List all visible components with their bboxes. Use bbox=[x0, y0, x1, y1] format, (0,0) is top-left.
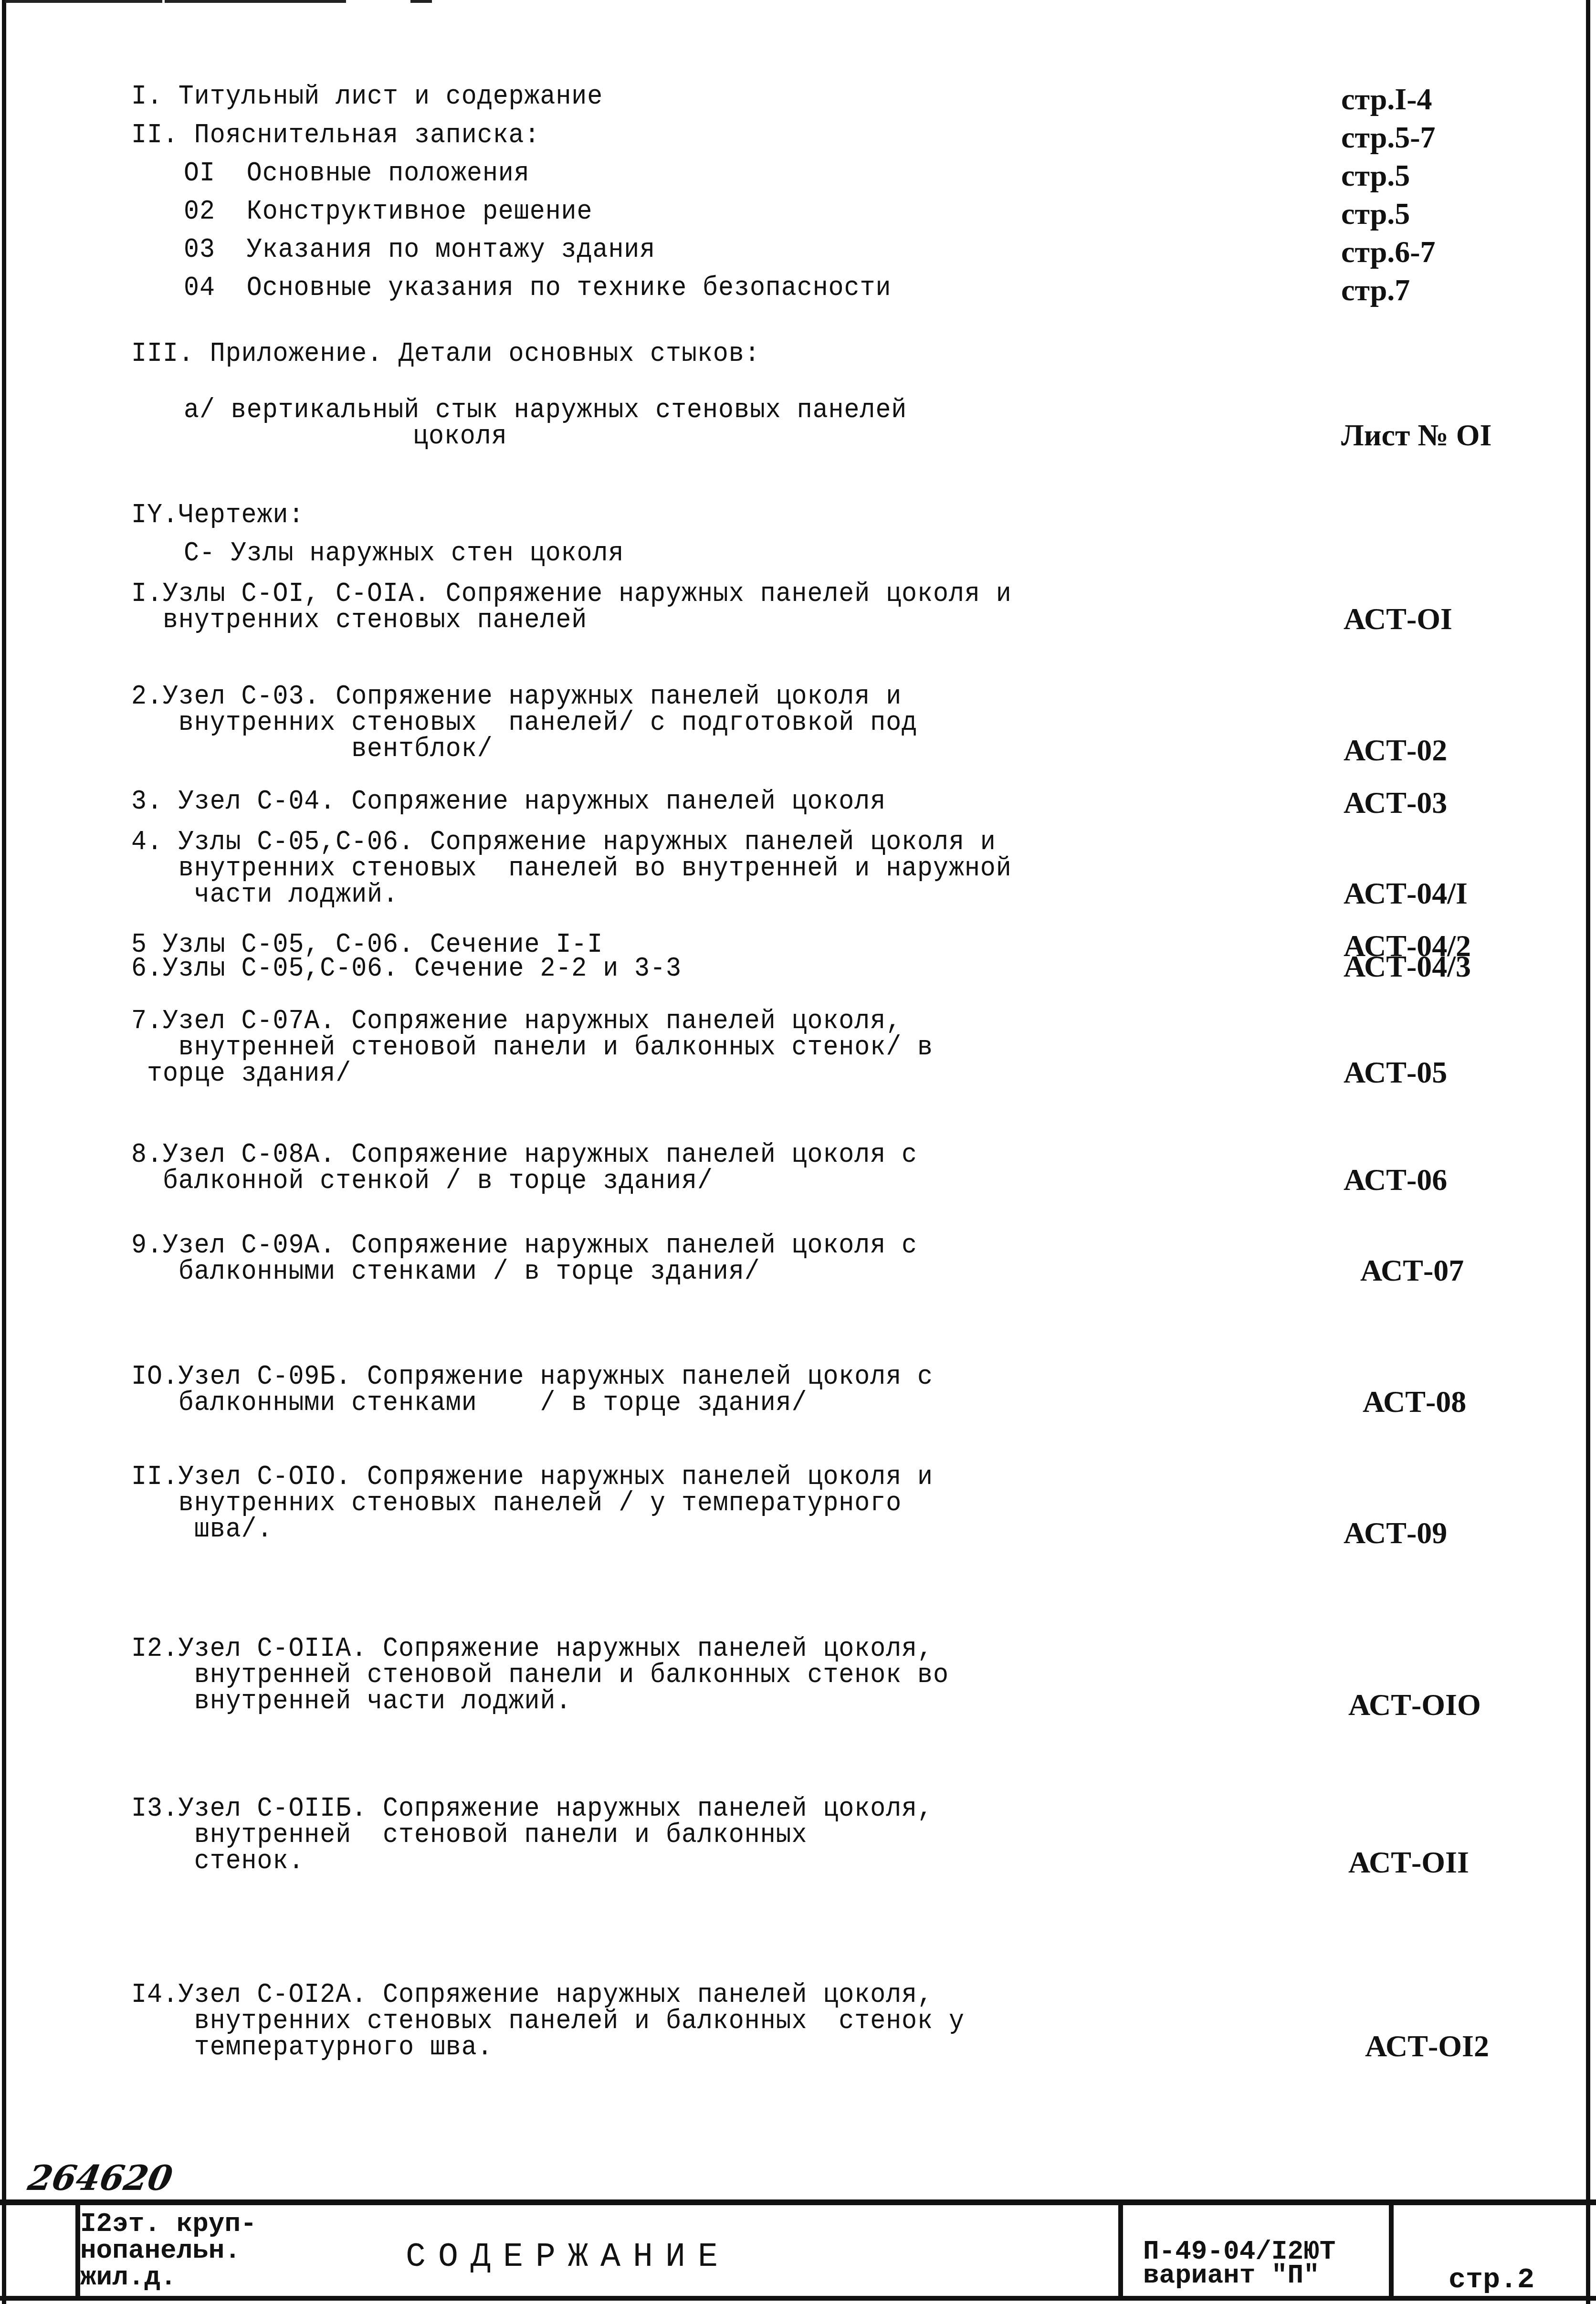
drawing-entry-cont: внутренних стеновых панелей bbox=[131, 606, 587, 635]
drawing-entry-cont: внутренних стеновых панелей во внутренне… bbox=[131, 854, 1012, 883]
appendix-heading: III. Приложение. Детали основных стыков: bbox=[131, 340, 760, 368]
drawing-entry: IO.Узел С-09Б. Сопряжение наружных панел… bbox=[131, 1363, 933, 1391]
toc-page-ref: стр.7 bbox=[1341, 275, 1410, 305]
title-block-divider bbox=[1118, 2203, 1123, 2298]
toc-page-ref: стр.5-7 bbox=[1341, 122, 1436, 153]
drawing-entry: 3. Узел С-04. Сопряжение наружных панеле… bbox=[131, 788, 886, 816]
drawing-sheet-ref: АСТ-08 bbox=[1363, 1387, 1466, 1417]
drawing-sheet-ref: АСТ-OIO bbox=[1348, 1690, 1481, 1720]
toc-entry: 02 Конструктивное решение bbox=[184, 198, 592, 226]
drawing-sheet-ref: АСТ-07 bbox=[1360, 1255, 1464, 1286]
frame-top-fragment bbox=[410, 0, 432, 3]
drawing-entry-cont: внутренней стеновой панели и балконных с… bbox=[131, 1661, 949, 1690]
drawing-entry: 4. Узлы С-05,С-06. Сопряжение наружных п… bbox=[131, 828, 996, 857]
title-block-divider bbox=[75, 2203, 80, 2298]
drawing-entry-cont: стенок. bbox=[131, 1847, 304, 1876]
drawings-heading: IY.Чертежи: bbox=[131, 501, 304, 530]
drawing-entry: 2.Узел С-03. Сопряжение наружных панелей… bbox=[131, 683, 902, 711]
drawing-entry-cont: внутренней стеновой панели и балконных bbox=[131, 1821, 807, 1850]
drawing-entry-cont: внутренней стеновой панели и балконных с… bbox=[131, 1033, 933, 1062]
drawing-sheet-ref: АСТ-OII bbox=[1348, 1847, 1469, 1878]
variant-label: вариант "П" bbox=[1143, 2262, 1320, 2289]
frame-left-border bbox=[2, 0, 6, 2304]
toc-entry: 04 Основные указания по технике безопасн… bbox=[184, 274, 891, 303]
drawing-entry: 6.Узлы С-05,С-06. Сечение 2-2 и 3-3 bbox=[131, 955, 682, 983]
appendix-sheet-ref: Лист № OI bbox=[1341, 420, 1491, 451]
frame-top-fragment bbox=[5, 0, 162, 3]
drawing-entry-cont: балконной стенкой / в торце здания/ bbox=[131, 1167, 713, 1196]
document-sheet: I. Титульный лист и содержание стр.I-4 I… bbox=[0, 0, 1596, 2304]
toc-entry: I. Титульный лист и содержание bbox=[131, 83, 603, 111]
drawing-entry: I2.Узел С-OIIA. Сопряжение наружных пане… bbox=[131, 1635, 933, 1663]
drawing-entry-cont: внутренних стеновых панелей/ с подготовк… bbox=[131, 709, 917, 737]
toc-page-ref: стр.6-7 bbox=[1341, 237, 1436, 267]
title-block-divider bbox=[1389, 2203, 1394, 2298]
drawing-sheet-ref: АСТ-04/3 bbox=[1344, 951, 1471, 982]
drawing-sheet-ref: АСТ-02 bbox=[1344, 735, 1447, 766]
project-name-line: жил.д. bbox=[80, 2263, 177, 2291]
title-block-bottom-rule bbox=[0, 2296, 1596, 2301]
drawing-sheet-ref: АСТ-09 bbox=[1344, 1518, 1447, 1548]
drawing-sheet-ref: АСТ-OI2 bbox=[1365, 2031, 1489, 2062]
drawing-entry: II.Узел С-OIO. Сопряжение наружных панел… bbox=[131, 1463, 933, 1492]
archive-number-handwritten: 264620 bbox=[25, 2157, 176, 2198]
toc-page-ref: стр.5 bbox=[1341, 199, 1410, 229]
drawing-entry-cont: торце здания/ bbox=[131, 1060, 351, 1088]
drawing-entry: 7.Узел С-07А. Сопряжение наружных панеле… bbox=[131, 1007, 902, 1036]
drawing-entry-cont: вентблок/ bbox=[131, 735, 493, 764]
project-name-line: нопанельн. bbox=[80, 2237, 241, 2264]
drawing-entry-cont: балконными стенками / в торце здания/ bbox=[131, 1389, 807, 1418]
drawing-sheet-ref: АСТ-04/I bbox=[1344, 878, 1468, 909]
drawing-entry-cont: балконными стенками / в торце здания/ bbox=[131, 1258, 760, 1286]
drawing-entry-cont: части лоджий. bbox=[131, 881, 399, 909]
drawing-entry: I.Узлы С-OI, С-OIA. Сопряжение наружных … bbox=[131, 580, 1012, 609]
project-name-line: I2эт. круп- bbox=[80, 2210, 257, 2238]
title-block-top-rule bbox=[0, 2199, 1596, 2205]
drawing-entry: I4.Узел С-OI2A. Сопряжение наружных пане… bbox=[131, 1981, 933, 2009]
drawing-entry-cont: внутренних стеновых панелей / у температ… bbox=[131, 1489, 902, 1518]
drawings-subheading: С- Узлы наружных стен цоколя bbox=[184, 539, 624, 568]
toc-entry: 03 Указания по монтажу здания bbox=[184, 236, 655, 264]
page-number: стр.2 bbox=[1449, 2266, 1534, 2294]
drawing-sheet-ref: АСТ-OI bbox=[1344, 604, 1452, 634]
toc-page-ref: стр.5 bbox=[1341, 160, 1410, 191]
drawing-entry: I3.Узел С-OIIБ. Сопряжение наружных пане… bbox=[131, 1795, 933, 1823]
toc-page-ref: стр.I-4 bbox=[1341, 84, 1432, 115]
drawing-entry-cont: внутренних стеновых панелей и балконных … bbox=[131, 2007, 965, 2036]
toc-entry: II. Пояснительная записка: bbox=[131, 121, 540, 150]
frame-top-fragment bbox=[165, 0, 346, 3]
appendix-item: а/ вертикальный стык наружных стеновых п… bbox=[184, 396, 907, 425]
drawing-entry-cont: шва/. bbox=[131, 1515, 273, 1544]
toc-entry: OI Основные положения bbox=[184, 159, 530, 188]
drawing-sheet-ref: АСТ-06 bbox=[1344, 1165, 1447, 1195]
drawing-entry-cont: температурного шва. bbox=[131, 2033, 493, 2062]
appendix-item-cont: цоколя bbox=[413, 422, 507, 451]
drawing-sheet-ref: АСТ-05 bbox=[1344, 1057, 1447, 1088]
drawing-entry: 8.Узел С-08А. Сопряжение наружных панеле… bbox=[131, 1141, 917, 1169]
frame-right-border bbox=[1586, 0, 1590, 2304]
drawing-entry: 9.Узел С-09А. Сопряжение наружных панеле… bbox=[131, 1231, 917, 1260]
drawing-sheet-ref: АСТ-03 bbox=[1344, 788, 1447, 818]
drawing-entry-cont: внутренней части лоджий. bbox=[131, 1687, 571, 1716]
sheet-title: СОДЕРЖАНИЕ bbox=[406, 2239, 730, 2276]
